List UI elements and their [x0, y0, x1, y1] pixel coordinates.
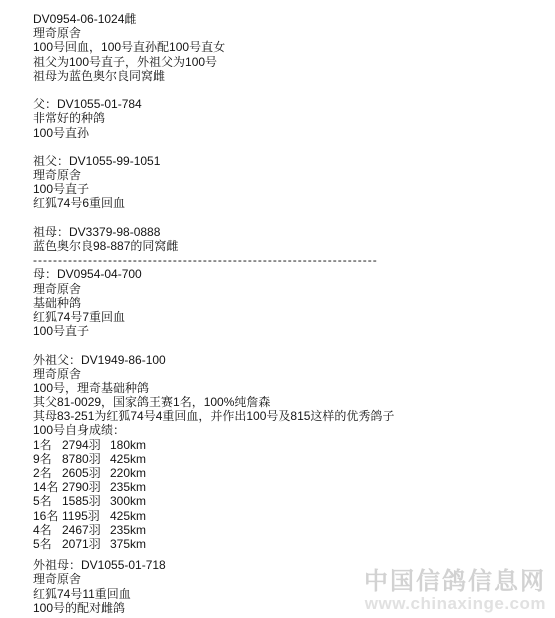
- pedigree-line: 非常好的种鸽: [33, 111, 394, 125]
- result-rank: 5名: [33, 537, 62, 551]
- result-rank: 14名: [33, 480, 62, 494]
- blank-line: [33, 83, 394, 97]
- result-distance: 180km: [110, 438, 146, 452]
- result-row: 1名2794羽180km: [33, 438, 394, 452]
- race-results-heading: 100号自身成绩：: [33, 423, 394, 437]
- result-row: 5名2071羽375km: [33, 537, 394, 551]
- result-count: 1195羽: [62, 509, 110, 523]
- result-row: 9名8780羽425km: [33, 452, 394, 466]
- separator-line: ----------------------------------------…: [33, 253, 378, 267]
- subject-ring-line: DV0954-06-1024雌: [33, 12, 394, 26]
- pedigree-line: 其母83-251为红狐74号4重回血，并作出100号及815这样的优秀鸽子: [33, 409, 394, 423]
- result-rank: 1名: [33, 438, 62, 452]
- blank-line: [33, 211, 394, 225]
- pedigree-line: 其父81-0029，国家鸽王赛1名，100%纯詹森: [33, 395, 394, 409]
- father-ring-line: 父：DV1055-01-784: [33, 97, 394, 111]
- pedigree-line: 理奇原舍: [33, 367, 394, 381]
- watermark-site-name: 中国信鸽信息网: [364, 569, 546, 595]
- grandmother-ring-line: 祖母：DV3379-98-0888: [33, 225, 394, 239]
- pedigree-line: 红狐74号11重回血: [33, 587, 394, 601]
- result-distance: 235km: [110, 523, 146, 537]
- result-row: 2名2605羽220km: [33, 466, 394, 480]
- result-distance: 300km: [110, 494, 146, 508]
- pedigree-line: 红狐74号6重回血: [33, 196, 394, 210]
- pedigree-line: 理奇原舍: [33, 282, 394, 296]
- result-rank: 4名: [33, 523, 62, 537]
- result-count: 2790羽: [62, 480, 110, 494]
- pedigree-line: 100号的配对雌鸽: [33, 601, 394, 615]
- pedigree-line: 100号直子: [33, 182, 394, 196]
- blank-line: [33, 140, 394, 154]
- watermark-site-url: www.chinaxinge.com: [364, 595, 546, 613]
- result-rank: 16名: [33, 509, 62, 523]
- pedigree-line: 祖父为100号直子，外祖父为100号: [33, 55, 394, 69]
- result-distance: 425km: [110, 509, 146, 523]
- maternal-grandmother-ring-line: 外祖母：DV1055-01-718: [33, 558, 394, 572]
- result-row: 5名1585羽300km: [33, 494, 394, 508]
- mother-ring-line: 母：DV0954-04-700: [33, 267, 394, 281]
- pedigree-line: 100号直子: [33, 324, 394, 338]
- pedigree-line: 100号，理奇基础种鸽: [33, 381, 394, 395]
- result-distance: 375km: [110, 537, 146, 551]
- blank-line: [33, 338, 394, 352]
- maternal-grandfather-ring-line: 外祖父：DV1949-86-100: [33, 353, 394, 367]
- pedigree-line: 理奇原舍: [33, 168, 394, 182]
- result-count: 8780羽: [62, 452, 110, 466]
- grandfather-ring-line: 祖父：DV1055-99-1051: [33, 154, 394, 168]
- pedigree-text-body: DV0954-06-1024雌 理奇原舍 100号回血，100号直孙配100号直…: [33, 12, 394, 615]
- pedigree-line: 红狐74号7重回血: [33, 310, 394, 324]
- result-row: 14名2790羽235km: [33, 480, 394, 494]
- watermark: 中国信鸽信息网 www.chinaxinge.com: [364, 569, 546, 613]
- pedigree-line: 理奇原舍: [33, 26, 394, 40]
- pedigree-line: 祖母为蓝色奥尔良同窝雌: [33, 69, 394, 83]
- result-distance: 425km: [110, 452, 146, 466]
- result-distance: 235km: [110, 480, 146, 494]
- result-count: 1585羽: [62, 494, 110, 508]
- result-rank: 5名: [33, 494, 62, 508]
- result-distance: 220km: [110, 466, 146, 480]
- pedigree-document-page: { "page": { "background": "#ffffff", "te…: [0, 0, 555, 618]
- result-rank: 2名: [33, 466, 62, 480]
- pedigree-line: 100号直孙: [33, 126, 394, 140]
- result-rank: 9名: [33, 452, 62, 466]
- result-count: 2605羽: [62, 466, 110, 480]
- result-count: 2071羽: [62, 537, 110, 551]
- pedigree-line: 基础种鸽: [33, 296, 394, 310]
- pedigree-line: 蓝色奥尔良98-887的同窝雌: [33, 239, 394, 253]
- pedigree-line: 理奇原舍: [33, 572, 394, 586]
- result-row: 16名1195羽425km: [33, 509, 394, 523]
- result-count: 2794羽: [62, 438, 110, 452]
- pedigree-line: 100号回血，100号直孙配100号直女: [33, 40, 394, 54]
- result-count: 2467羽: [62, 523, 110, 537]
- result-row: 4名2467羽235km: [33, 523, 394, 537]
